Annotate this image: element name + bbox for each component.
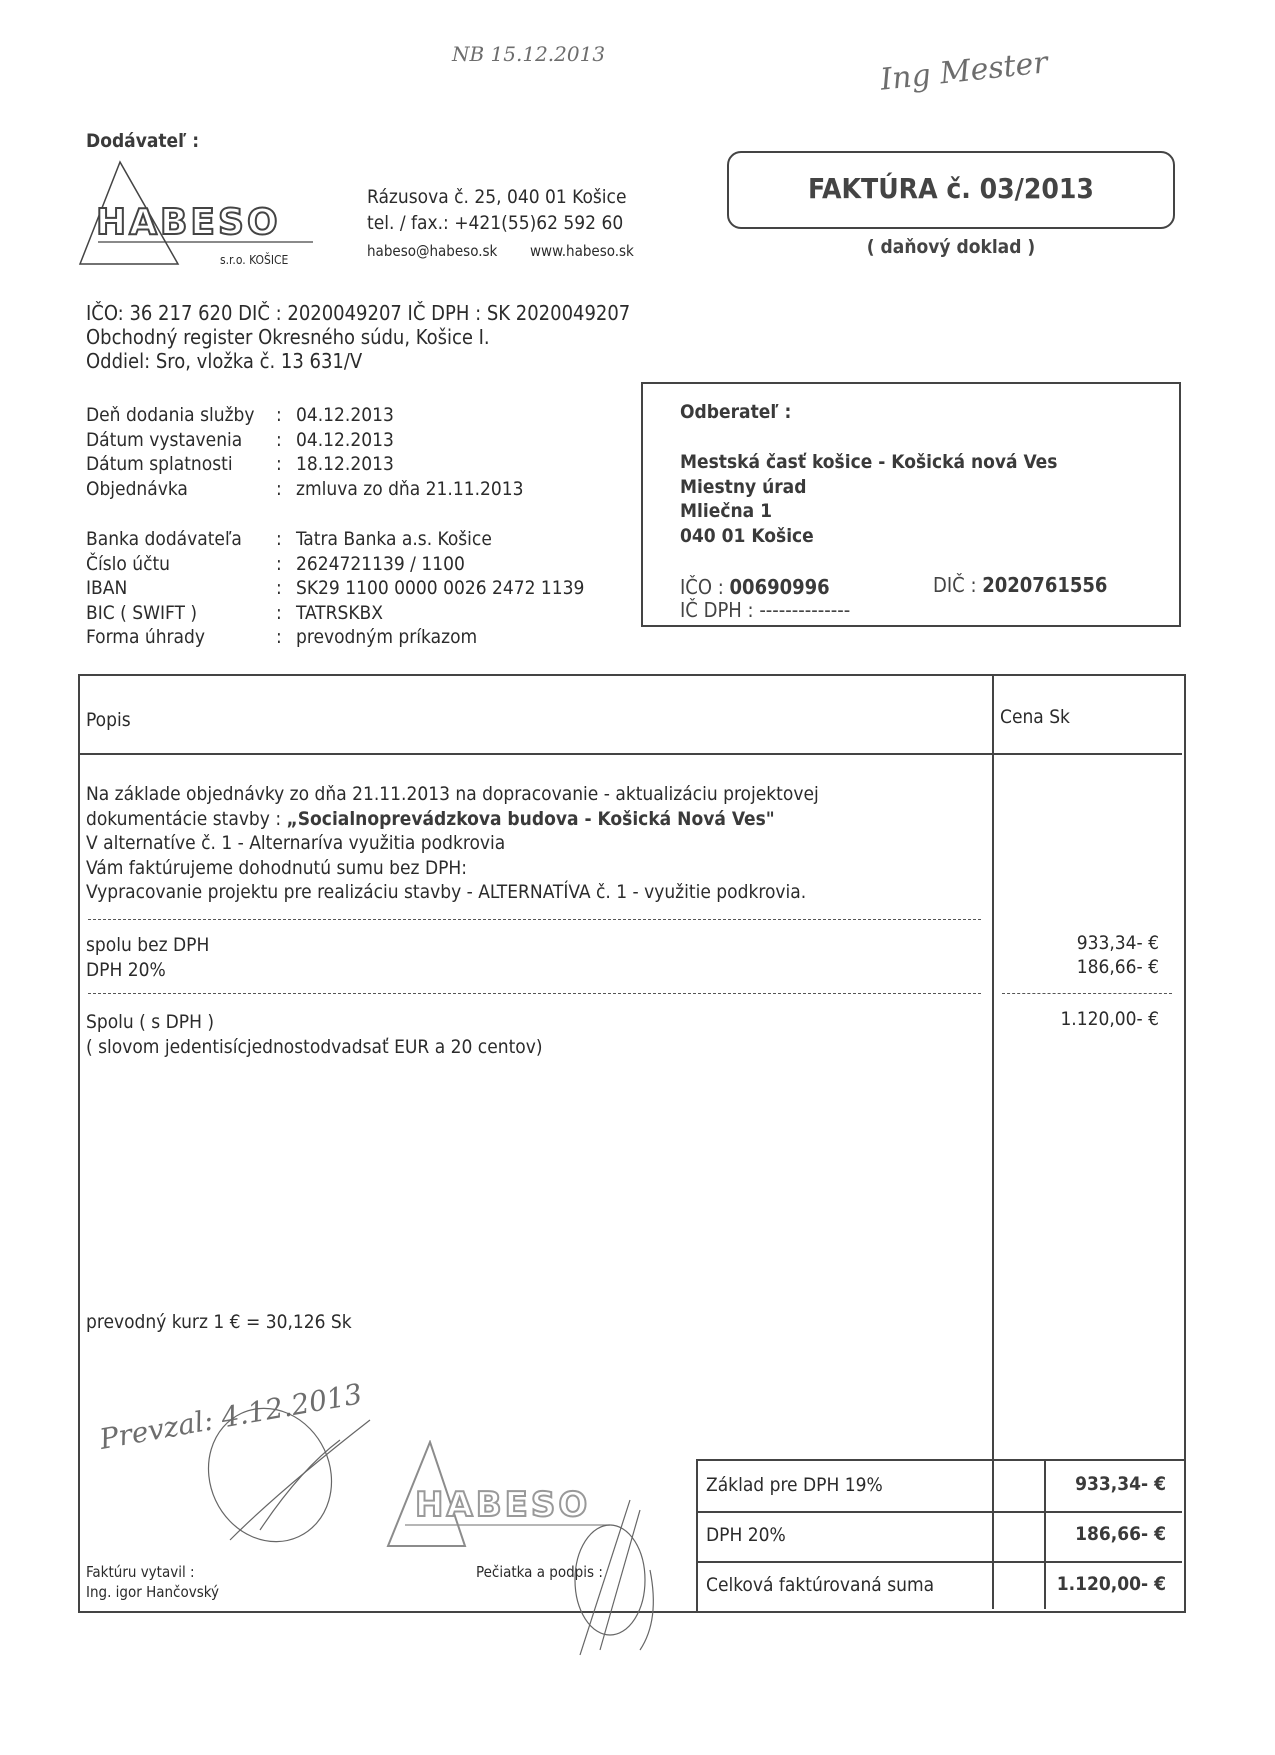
signature-scribble-icon [160,1400,400,1550]
bank-row-payment: Forma úhrady:prevodným príkazom [86,625,584,650]
invoice-subtitle: ( daňový doklad ) [727,236,1175,258]
col-header-price: Cena Sk [1000,705,1070,730]
date-row-issued: Dátum vystavenia:04.12.2013 [86,428,524,453]
supplier-ids: IČO: 36 217 620 DIČ : 2020049207 IČ DPH … [86,301,630,326]
bank-row-name: Banka dodávateľa:Tatra Banka a.s. Košice [86,527,584,552]
buyer-ico: IČO : 00690996 [680,575,830,599]
supplier-web: www.habeso.sk [530,242,634,260]
buyer-address: Mestská časť košice - Košická nová Ves M… [680,450,1057,548]
supplier-heading: Dodávateľ : [86,130,199,152]
total-in-words: ( slovom jedentisícjednostodvadsať EUR a… [86,1035,543,1060]
table-header-divider [80,753,1182,755]
bank-row-iban: IBAN:SK29 1100 0000 0026 2472 1139 [86,576,584,601]
handwritten-signature-top: Ing Mester [879,45,1050,97]
invoice-title: FAKTÚRA č. 03/2013 [727,172,1175,205]
stamp-signature-scribble-icon [560,1480,680,1660]
summary-row-vat: DPH 20% 186,66- € [698,1511,1184,1561]
project-name-line: dokumentácie stavby : „Socialnoprevádzko… [86,807,819,832]
total-value: 1.120,00- € [1060,1007,1159,1032]
total-label: Spolu ( s DPH ) [86,1010,214,1035]
logo-name: HABESO [96,202,281,243]
dashed-separator [1002,993,1172,994]
dashed-separator [88,919,981,920]
handwritten-received-note: NB 15.12.2013 [452,42,605,66]
supplier-logo: HABESO s.r.o. KOŠICE [78,160,318,270]
buyer-heading: Odberateľ : [680,401,791,423]
bank-row-account: Číslo účtu:2624721139 / 1100 [86,552,584,577]
subtotal-value: 933,34- € [1077,931,1159,956]
date-row-order: Objednávka:zmluva zo dňa 21.11.2013 [86,477,524,502]
date-row-due: Dátum splatnosti:18.12.2013 [86,452,524,477]
dashed-separator [88,993,981,994]
buyer-dic: DIČ : 2020761556 [933,573,1107,597]
logo-sub: s.r.o. KOŠICE [220,253,288,267]
buyer-icdph: IČ DPH : -------------- [680,598,850,622]
subtotal-label: spolu bez DPH [86,933,209,958]
vat-value: 186,66- € [1077,955,1159,980]
item-description: Na základe objednávky zo dňa 21.11.2013 … [86,782,819,905]
issued-by-name: Ing. igor Hančovský [86,1583,219,1601]
supplier-section: Oddiel: Sro, vložka č. 13 631/V [86,349,362,374]
exchange-rate: prevodný kurz 1 € = 30,126 Sk [86,1310,352,1335]
supplier-email: habeso@habeso.sk [367,242,497,260]
col-header-description: Popis [86,708,131,733]
supplier-register: Obchodný register Okresného súdu, Košice… [86,325,490,350]
summary-row-base: Základ pre DPH 19% 933,34- € [698,1461,1184,1511]
supplier-address: Rázusova č. 25, 040 01 Košice [367,186,626,208]
issued-by-label: Faktúru vytavil : [86,1563,195,1581]
dates-block: Deň dodania služby:04.12.2013 Dátum vyst… [86,403,524,501]
bank-block: Banka dodávateľa:Tatra Banka a.s. Košice… [86,527,584,650]
summary-table: Základ pre DPH 19% 933,34- € DPH 20% 186… [696,1459,1186,1613]
supplier-phone: tel. / fax.: +421(55)62 592 60 [367,212,623,234]
date-row-delivery: Deň dodania služby:04.12.2013 [86,403,524,428]
bank-row-bic: BIC ( SWIFT ):TATRSKBX [86,601,584,626]
summary-row-total: Celková faktúrovaná suma 1.120,00- € [698,1561,1184,1611]
vat-label: DPH 20% [86,958,166,983]
